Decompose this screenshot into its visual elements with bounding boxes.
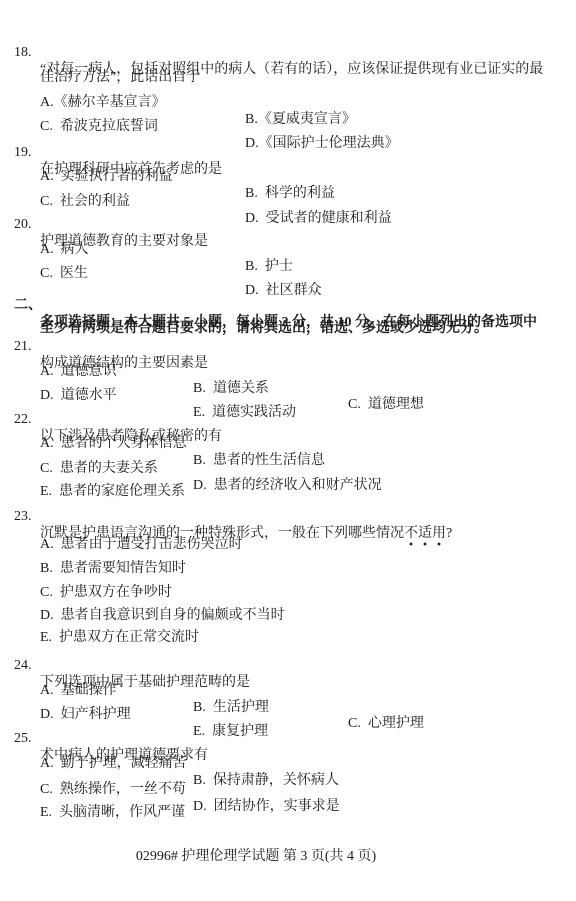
page-footer: 02996# 护理伦理学试题 第 3 页(共 4 页) — [0, 845, 512, 865]
question-25-option-e: E. 头脑清晰，作风严谨 — [40, 805, 185, 822]
exam-page: 18. “对每一病人，包括对照组中的病人（若有的话），应该保证提供现有业已证实的… — [0, 0, 576, 901]
question-25-options-row-3: E. 头脑清晰，作风严谨 — [0, 788, 576, 838]
